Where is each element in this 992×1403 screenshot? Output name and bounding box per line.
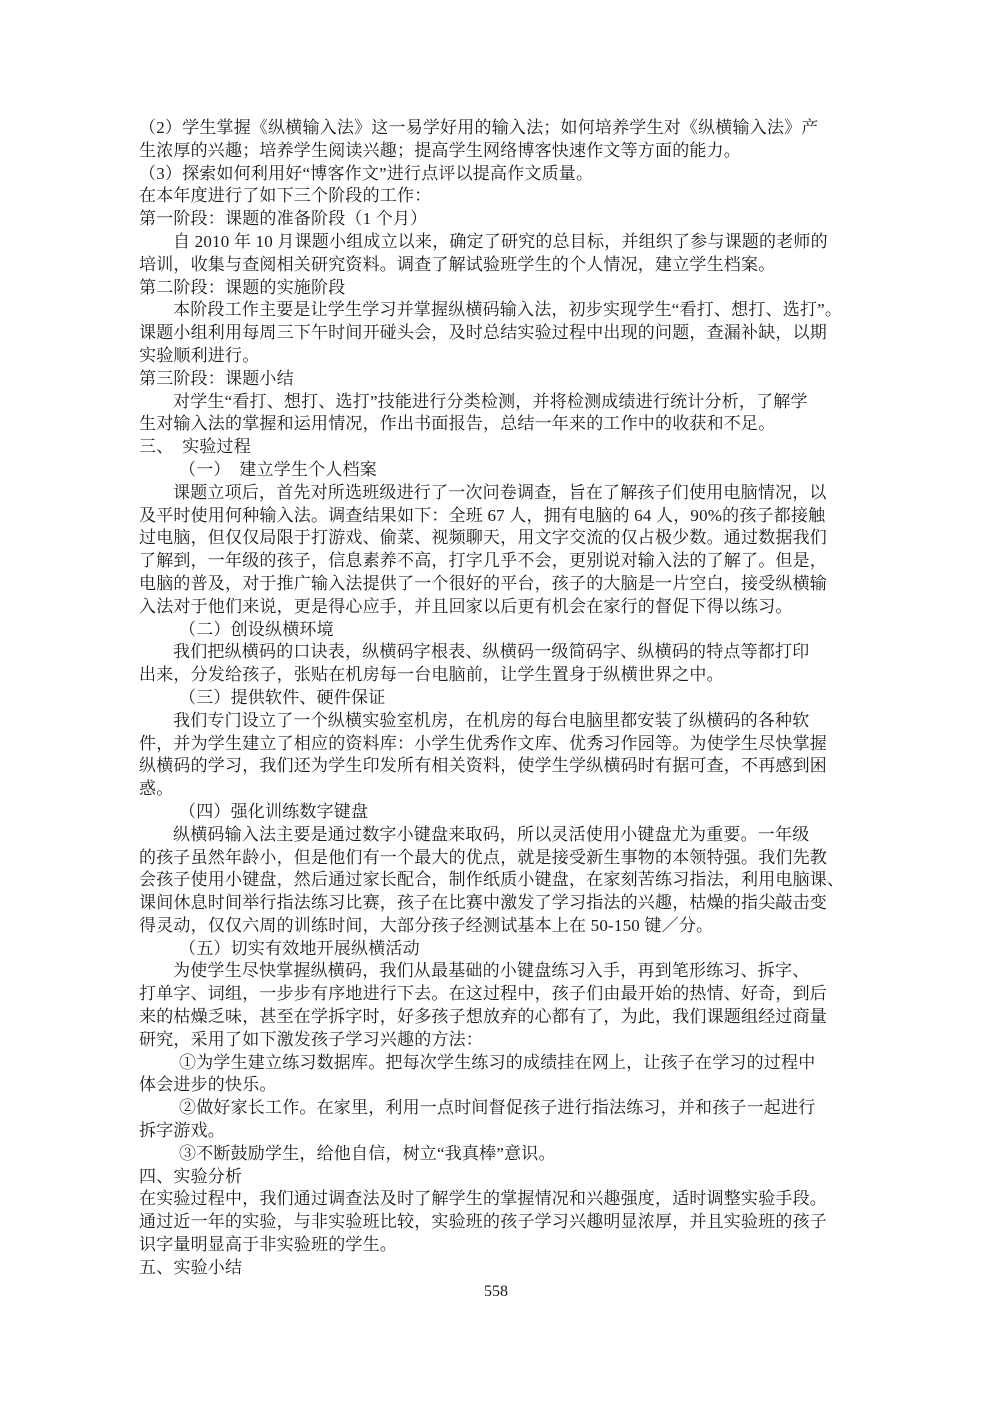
stage-heading: 第一阶段：课题的准备阶段（1 个月） xyxy=(139,208,869,231)
text-line: 打单字、词组，一步步有序地进行下去。在这过程中，孩子们由最开始的热情、好奇，到后 xyxy=(139,983,869,1006)
text-line: 生浓厚的兴趣；培养学生阅读兴趣；提高学生网络博客快速作文等方面的能力。 xyxy=(139,140,869,163)
text-line: 的孩子虽然年龄小，但是他们有一个最大的优点，就是接受新生事物的本领特强。我们先教 xyxy=(139,847,869,870)
text-line: 来的枯燥乏味，甚至在学拆字时，好多孩子想放弃的心都有了，为此，我们课题组经过商量 xyxy=(139,1006,869,1029)
text-line: 在本年度进行了如下三个阶段的工作： xyxy=(139,185,869,208)
numbered-item: ①为学生建立练习数据库。把每次学生练习的成绩挂在网上，让孩子在学习的过程中 xyxy=(139,1052,869,1075)
subsection-heading: （三）提供软件、硬件保证 xyxy=(139,687,869,710)
section-heading: 三、 实验过程 xyxy=(139,436,869,459)
text-line: 我们把纵横码的口诀表，纵横码字根表、纵横码一级简码字、纵横码的特点等都打印 xyxy=(139,641,869,664)
text-line: 纵横码输入法主要是通过数字小键盘来取码，所以灵活使用小键盘尤为重要。一年级 xyxy=(139,824,869,847)
text-line: 为使学生尽快掌握纵横码，我们从最基础的小键盘练习入手，再到笔形练习、拆字、 xyxy=(139,960,869,983)
subsection-heading: （五）切实有效地开展纵横活动 xyxy=(139,938,869,961)
text-line: 研究，采用了如下激发孩子学习兴趣的方法： xyxy=(139,1029,869,1052)
subsection-heading: （四）强化训练数字键盘 xyxy=(139,801,869,824)
text-line: 识字量明显高于非实验班的学生。 xyxy=(139,1234,869,1257)
text-line: 电脑的普及，对于推广输入法提供了一个很好的平台，孩子的大脑是一片空白，接受纵横输 xyxy=(139,573,869,596)
text-line: 出来，分发给孩子，张贴在机房每一台电脑前，让学生置身于纵横世界之中。 xyxy=(139,664,869,687)
text-line: 生对输入法的掌握和运用情况，作出书面报告，总结一年来的工作中的收获和不足。 xyxy=(139,413,869,436)
text-line: 入法对于他们来说，更是得心应手，并且回家以后更有机会在家行的督促下得以练习。 xyxy=(139,596,869,619)
document-body: （2）学生掌握《纵横输入法》这一易学好用的输入法；如何培养学生对《纵横输入法》产… xyxy=(139,117,869,1280)
page-number: 558 xyxy=(0,1282,992,1302)
text-line: 得灵动，仅仅六周的训练时间，大部分孩子经测试基本上在 50-150 键／分。 xyxy=(139,915,869,938)
text-line: 在实验过程中，我们通过调查法及时了解学生的掌握情况和兴趣强度，适时调整实验手段。 xyxy=(139,1188,869,1211)
text-line: 惑。 xyxy=(139,778,869,801)
section-heading: 四、实验分析 xyxy=(139,1166,869,1189)
text-line: 体会进步的快乐。 xyxy=(139,1074,869,1097)
text-line: 培训，收集与查阅相关研究资料。调查了解试验班学生的个人情况，建立学生档案。 xyxy=(139,254,869,277)
text-line: 纵横码的学习，我们还为学生印发所有相关资料，使学生学纵横码时有据可查，不再感到困 xyxy=(139,755,869,778)
numbered-item: ③不断鼓励学生，给他自信，树立“我真棒”意识。 xyxy=(139,1143,869,1166)
subsection-heading: （一） 建立学生个人档案 xyxy=(139,459,869,482)
text-line: 实验顺利进行。 xyxy=(139,345,869,368)
text-line: 我们专门设立了一个纵横实验室机房，在机房的每台电脑里都安装了纵横码的各种软 xyxy=(139,710,869,733)
text-line: 对学生“看打、想打、选打”技能进行分类检测，并将检测成绩进行统计分析，了解学 xyxy=(139,391,869,414)
stage-heading: 第三阶段：课题小结 xyxy=(139,368,869,391)
text-line: 课题小组利用每周三下午时间开碰头会，及时总结实验过程中出现的问题，查漏补缺，以期 xyxy=(139,322,869,345)
text-line: 通过近一年的实验，与非实验班比较，实验班的孩子学习兴趣明显浓厚，并且实验班的孩子 xyxy=(139,1211,869,1234)
text-line: 件，并为学生建立了相应的资料库：小学生优秀作文库、优秀习作园等。为使学生尽快掌握 xyxy=(139,733,869,756)
text-line: 了解到，一年级的孩子，信息素养不高，打字几乎不会，更别说对输入法的了解了。但是， xyxy=(139,550,869,573)
subsection-heading: （二）创设纵横环境 xyxy=(139,619,869,642)
text-line: 过电脑，但仅仅局限于打游戏、偷菜、视频聊天，用文字交流的仅占极少数。通过数据我们 xyxy=(139,527,869,550)
text-line: 自 2010 年 10 月课题小组成立以来，确定了研究的总目标，并组织了参与课题… xyxy=(139,231,869,254)
numbered-item: ②做好家长工作。在家里，利用一点时间督促孩子进行指法练习，并和孩子一起进行 xyxy=(139,1097,869,1120)
text-line: 及平时使用何种输入法。调查结果如下：全班 67 人，拥有电脑的 64 人，90%… xyxy=(139,505,869,528)
text-line: 课间休息时间举行指法练习比赛，孩子在比赛中激发了学习指法的兴趣，枯燥的指尖敲击变 xyxy=(139,892,869,915)
text-line: （3）探索如何利用好“博客作文”进行点评以提高作文质量。 xyxy=(139,163,869,186)
text-line: 课题立项后，首先对所选班级进行了一次问卷调查，旨在了解孩子们使用电脑情况，以 xyxy=(139,482,869,505)
stage-heading: 第二阶段：课题的实施阶段 xyxy=(139,277,869,300)
document-page: （2）学生掌握《纵横输入法》这一易学好用的输入法；如何培养学生对《纵横输入法》产… xyxy=(0,0,992,1403)
text-line: 会孩子使用小键盘，然后通过家长配合，制作纸质小键盘，在家刻苦练习指法，利用电脑课… xyxy=(139,869,869,892)
text-line: 本阶段工作主要是让学生学习并掌握纵横码输入法，初步实现学生“看打、想打、选打”。 xyxy=(139,299,869,322)
text-line: 拆字游戏。 xyxy=(139,1120,869,1143)
section-heading: 五、实验小结 xyxy=(139,1257,869,1280)
text-line: （2）学生掌握《纵横输入法》这一易学好用的输入法；如何培养学生对《纵横输入法》产 xyxy=(139,117,869,140)
